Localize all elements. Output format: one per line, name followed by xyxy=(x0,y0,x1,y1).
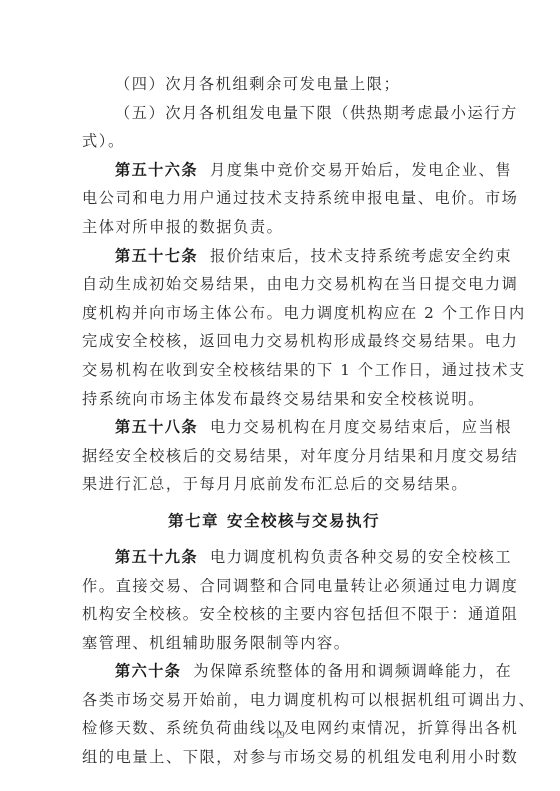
article-60-line: 各类市场交易开始前，电力调度机构可以根据机组可调出力、 xyxy=(82,686,478,715)
article-59-line: 塞管理、机组辅助服务限制等内容。 xyxy=(82,629,478,658)
article-57-line: 度机构并向市场主体公布。电力调度机构应在 2 个工作日内 xyxy=(82,299,478,328)
article-60-first-line: 第六十条为保障系统整体的备用和调频调峰能力，在 xyxy=(82,657,478,686)
article-text: 电力交易机构在月度交易结束后，应当根 xyxy=(210,418,512,436)
article-number: 第五十六条 xyxy=(115,161,198,179)
article-59-first-line: 第五十九条电力调度机构负责各种交易的安全校核工 xyxy=(82,543,478,572)
article-59-line: 机构安全校核。安全校核的主要内容包括但不限于：通道阻 xyxy=(82,600,478,629)
article-number: 第五十九条 xyxy=(115,548,198,566)
list-item-4: （四）次月各机组剩余可发电量上限； xyxy=(82,70,478,99)
article-60-line: 组的电量上、下限，对参与市场交易的机组发电利用小时数 xyxy=(82,743,478,772)
article-57-line: 自动生成初始交易结果，由电力交易机构在当日提交电力调 xyxy=(82,270,478,299)
article-56-first-line: 第五十六条月度集中竞价交易开始后，发电企业、售 xyxy=(82,156,478,185)
article-number: 第五十七条 xyxy=(115,247,198,265)
article-56-line: 电公司和电力用户通过技术支持系统申报电量、电价。市场 xyxy=(82,184,478,213)
page-number: 19 xyxy=(0,730,560,740)
article-text: 电力调度机构负责各种交易的安全校核工 xyxy=(210,548,512,566)
document-page: （四）次月各机组剩余可发电量上限； （五）次月各机组发电量下限（供热期考虑最小运… xyxy=(0,0,560,791)
list-item-5-continuation: 式）。 xyxy=(82,127,478,156)
article-text: 报价结束后，技术支持系统考虑安全约束 xyxy=(210,247,512,265)
article-58-first-line: 第五十八条电力交易机构在月度交易结束后，应当根 xyxy=(82,413,478,442)
article-57-line: 持系统向市场主体发布最终交易结果和安全校核说明。 xyxy=(82,385,478,414)
article-58-line: 据经安全校核后的交易结果，对年度分月结果和月度交易结 xyxy=(82,442,478,471)
article-number: 第五十八条 xyxy=(115,418,198,436)
chapter-title: 安全校核与交易执行 xyxy=(227,511,380,530)
article-57-line: 交易机构在收到安全校核结果的下 1 个工作日，通过技术支 xyxy=(82,356,478,385)
article-text: 月度集中竞价交易开始后，发电企业、售 xyxy=(210,161,512,179)
document-body: （四）次月各机组剩余可发电量上限； （五）次月各机组发电量下限（供热期考虑最小运… xyxy=(82,70,478,772)
chapter-number: 第七章 xyxy=(168,511,219,530)
article-56-line: 主体对所申报的数据负责。 xyxy=(82,213,478,242)
chapter-heading: 第七章安全校核与交易执行 xyxy=(82,499,478,543)
article-59-line: 作。直接交易、合同调整和合同电量转让必须通过电力调度 xyxy=(82,572,478,601)
article-text: 为保障系统整体的备用和调频调峰能力，在 xyxy=(193,662,512,680)
list-item-5: （五）次月各机组发电量下限（供热期考虑最小运行方 xyxy=(82,99,478,128)
article-number: 第六十条 xyxy=(115,662,181,680)
article-57-line: 完成安全校核，返回电力交易机构形成最终交易结果。电力 xyxy=(82,327,478,356)
article-57-first-line: 第五十七条报价结束后，技术支持系统考虑安全约束 xyxy=(82,242,478,271)
article-58-line: 果进行汇总，于每月月底前发布汇总后的交易结果。 xyxy=(82,470,478,499)
